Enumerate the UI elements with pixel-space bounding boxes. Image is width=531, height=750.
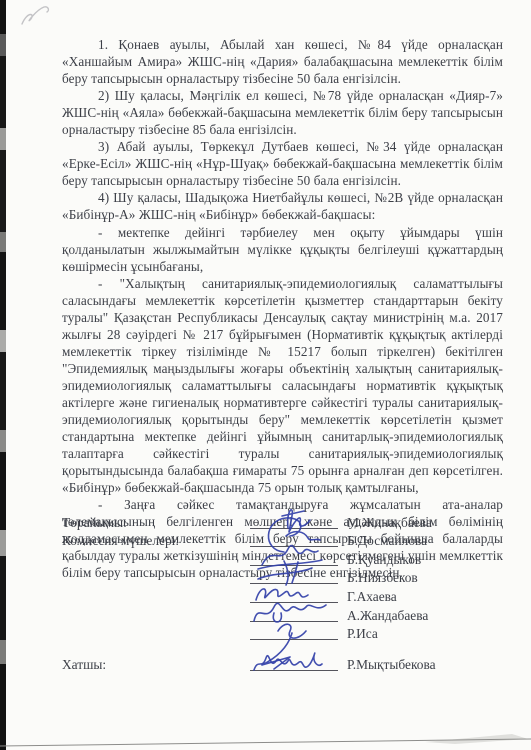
paragraph-4: 4) Шу қаласы, Шадықожа Ниетбайұлы көшесі… xyxy=(62,189,503,223)
members-label: Комиссия мүшелері: xyxy=(62,533,250,549)
member-name: А.Жандабаева xyxy=(338,608,507,624)
chair-name: М.Жинақбаева xyxy=(338,515,507,531)
scanned-document-page: 1. Қонаев ауылы, Абылай хан көшесі, №84 … xyxy=(0,0,531,750)
paragraph-1: 1. Қонаев ауылы, Абылай хан көшесі, №84 … xyxy=(62,36,503,87)
signature-row-secretary: Хатшы: Р.Мықтыбекова xyxy=(62,654,507,673)
chair-label: Төрайымы: xyxy=(62,515,250,531)
member-name: Б.Досмаилова xyxy=(338,533,507,549)
secretary-label: Хатшы: xyxy=(62,657,250,673)
paragraph-3: 3) Абай ауылы, Төркекұл Дутбаев көшесі, … xyxy=(62,138,503,189)
paragraph-6: - "Халықтың санитариялық-эпидемиологиялы… xyxy=(62,275,503,497)
secretary-name: Р.Мықтыбекова xyxy=(338,657,507,673)
scan-edge-artifact xyxy=(0,0,6,750)
paragraph-5: - мектепке дейінгі тәрбиелеу мен оқыту ұ… xyxy=(62,224,503,275)
signature-line xyxy=(250,652,338,671)
scan-bottom-edge xyxy=(0,730,531,750)
member-name: Б.Қуандыков xyxy=(338,552,507,568)
pencil-mark xyxy=(14,2,58,32)
signature-section: Төрайымы: М.Жинақбаева Комиссия мүшелері… xyxy=(62,512,507,673)
member-name: Б.Ниязбеков xyxy=(338,570,507,586)
member-name: Г.Ахаева xyxy=(338,589,507,605)
signature-ink xyxy=(244,634,348,680)
member-name: Р.Иса xyxy=(338,626,507,642)
paragraph-2: 2) Шу қаласы, Мәңгілік ел көшесі, №78 үй… xyxy=(62,87,503,138)
